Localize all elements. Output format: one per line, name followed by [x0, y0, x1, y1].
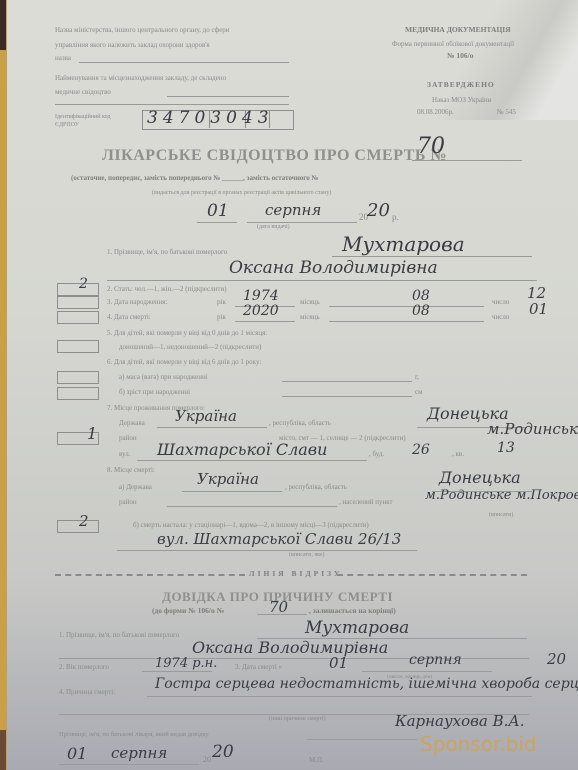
s3-day: 01 — [329, 654, 348, 672]
institution-line-2 — [55, 104, 289, 105]
f8b-place-line — [117, 550, 417, 551]
s3-label: 3. Дата смерті « — [235, 663, 282, 671]
doc-type-label: МЕДИЧНА ДОКУМЕНТАЦІЯ — [405, 25, 511, 34]
f6b-label: б) зріст при народженні — [119, 388, 190, 396]
issue-date-caption: (дата видачі) — [257, 224, 290, 230]
f6b-code-box — [57, 387, 99, 400]
f3-day-label: число — [492, 298, 509, 306]
f8b-place: вул. Шахтарської Слави 26/13 — [157, 530, 401, 548]
ministry-line — [79, 62, 289, 63]
f6-label: 6. Для дітей, які померли у віці від 6 д… — [107, 358, 261, 366]
edrpou-code: 34703043 — [147, 108, 274, 128]
s2-line — [142, 671, 212, 672]
edrpou-label: Ідентифікаційний код ЄДРПОУ — [55, 113, 127, 129]
s2-age: 1974 р.н. — [155, 656, 217, 671]
sign-date-line — [59, 764, 199, 765]
f7-apt: 13 — [497, 440, 515, 456]
f3-code-box — [57, 296, 99, 309]
cut-line-left — [55, 574, 245, 576]
issue-day: 01 — [207, 201, 229, 221]
stamp-label: М.П. — [309, 756, 324, 764]
f8-state: Україна — [197, 470, 259, 488]
f8-district-label: район — [119, 498, 137, 506]
desk-edge-brown — [0, 730, 6, 770]
death-day: 01 — [529, 300, 548, 318]
approved-label: ЗАТВЕРДЖЕНО — [427, 80, 495, 89]
order-label: Наказ МОЗ України — [432, 96, 491, 104]
certificate-number: 70 — [417, 134, 445, 159]
f4-month-label: місяць — [300, 313, 320, 321]
f2-code-box — [57, 283, 99, 296]
f7-street: Шахтарської Слави — [157, 440, 327, 459]
f2-label: 2. Стать: чол.—1, жін.—2 (підкреслити) — [107, 285, 227, 293]
f7-region-label: , республіка, область — [269, 419, 331, 427]
stub-ref-prefix: (до форми № 106/о № — [152, 606, 224, 615]
f6a-line — [282, 381, 412, 382]
f4-year-label: рік — [217, 313, 226, 321]
certificate-number-line — [412, 160, 522, 161]
f8b-code-box — [57, 520, 99, 533]
f7-city: м.Родинське — [487, 420, 578, 438]
f3-month-label: місяць — [300, 298, 320, 306]
institution-text-1: Найменування та місцезнаходження закладу… — [55, 74, 226, 82]
ministry-text-1: Назва міністерства, іншого центрального … — [55, 26, 230, 34]
doctor-line — [307, 739, 417, 740]
surname-line — [332, 256, 532, 257]
f6b-unit: см — [415, 388, 423, 396]
f7-state-line — [157, 427, 267, 428]
f7-state-label: Держава — [119, 419, 145, 427]
birth-month: 08 — [412, 288, 430, 304]
registration-note: (видається для реєстрації в органах реєс… — [152, 190, 331, 196]
f5-label: 5. Для дітей, які померли у віці від 0 д… — [107, 329, 267, 337]
f3-year-label: рік — [217, 298, 226, 306]
s4-cause: Гостра серцева недостатність, ішемічна х… — [155, 676, 578, 692]
issue-day-line — [197, 222, 237, 223]
s3-line — [362, 671, 492, 672]
stub-ref-line — [257, 614, 307, 615]
watermark: Sponsor.bid — [420, 732, 537, 756]
s1-label: 1. Прізвище, ім'я, по батькові померлого — [59, 631, 179, 639]
s1-surname: Мухтарова — [305, 618, 409, 638]
f7-building-label: , буд. — [369, 450, 384, 458]
issue-year: 20 — [367, 200, 390, 221]
name-line — [107, 280, 537, 281]
sign-day: 01 — [67, 744, 87, 763]
f8b-caption: (вписати, яке) — [289, 552, 325, 558]
order-date: 08.08.2006р. — [417, 108, 454, 116]
f7-district-label: район — [119, 434, 137, 442]
cut-line-right — [337, 574, 527, 576]
f8-label: 8. Місце смерті: — [107, 466, 155, 474]
f7-building: 26 — [412, 442, 430, 458]
f1-label: 1. Прізвище, ім'я, по батькові померлого — [107, 248, 227, 256]
f8-region: Донецька — [439, 468, 521, 487]
cut-line-label: ЛІНІЯ ВІДРІЗУ — [249, 569, 342, 578]
f8a-state-label: а) Держава — [119, 483, 152, 491]
f8b-label: б) смерть настала: у стаціонарі—1, вдома… — [133, 521, 369, 529]
death-year-line — [235, 321, 295, 322]
f5-code-box — [57, 340, 99, 353]
birth-month-line — [329, 306, 484, 307]
sign-year-prefix: 20 — [203, 755, 211, 764]
s4-label: 4. Причина смерті: — [59, 688, 115, 696]
birth-year: 1974 — [243, 288, 279, 304]
s4-caption: (інші причини смерті) — [269, 716, 326, 722]
f8-region-label: , республіка, область — [285, 483, 347, 491]
death-month-line — [329, 321, 484, 322]
death-certificate-paper: Назва міністерства, іншого центрального … — [7, 0, 578, 770]
sign-year: 20 — [212, 742, 234, 762]
deceased-surname: Мухтарова — [342, 232, 465, 256]
f2-code: 2 — [79, 276, 88, 292]
f5-options: доношений—1, недоношений—2 (підкреслити) — [119, 343, 261, 351]
f7-street-label: вул. — [119, 450, 131, 458]
institution-line — [167, 96, 289, 97]
issue-month-line — [247, 222, 357, 223]
ministry-text-3: назва — [55, 54, 71, 62]
f8-locality-caption: (вписати) — [489, 512, 513, 518]
f4-day-label: число — [492, 313, 509, 321]
death-year: 2020 — [243, 303, 279, 319]
f8-district-line — [167, 506, 337, 507]
doctor-label: Прізвище, ім'я, по батькові лікаря, який… — [59, 731, 209, 738]
certificate-title: ЛІКАРСЬКЕ СВІДОЦТВО ПРО СМЕРТЬ № — [102, 147, 447, 165]
s3-month: серпня — [409, 652, 462, 668]
certificate-kind: (остаточне, попереднє, замість попереднь… — [71, 174, 319, 182]
f6a-label: а) маса (вага) при народженні — [119, 373, 208, 381]
f4-code-box — [57, 311, 99, 324]
f8-state-line — [182, 491, 282, 492]
stub-ref-suffix: , залишається на корінці) — [309, 606, 396, 615]
death-month: 08 — [412, 303, 430, 319]
s2-label: 2. Вік померлого — [59, 663, 109, 671]
doctor-name: Карнаухова В.А. — [395, 712, 525, 730]
f7-state: Україна — [175, 407, 237, 425]
f8b-code: 2 — [79, 512, 89, 530]
institution-text-2: медичне свідоцтво — [55, 88, 111, 96]
f6b-line — [282, 396, 412, 397]
f7-street-line — [137, 460, 367, 461]
f8-locality-label: , населений пункт — [339, 498, 393, 506]
issue-month: серпня — [265, 201, 321, 219]
form-number: № 106/о — [447, 51, 474, 60]
ministry-text-2: управління якого належить заклад охорони… — [55, 41, 210, 49]
f7-code: 1 — [87, 424, 97, 443]
s3-year: 20 — [547, 650, 566, 668]
sign-month: серпня — [111, 744, 167, 762]
f6a-code-box — [57, 371, 99, 384]
form-line: Форма первинної облікової документації — [392, 40, 514, 48]
f7-apt-label: , кв. — [452, 450, 464, 458]
order-number: № 545 — [497, 108, 516, 116]
f4-label: 4. Дата смерті: — [107, 313, 151, 321]
f3-label: 3. Дата народження: — [107, 298, 167, 306]
f6a-unit: г, — [415, 373, 419, 381]
desk-edge-dark — [0, 0, 6, 50]
year-suffix: р. — [392, 212, 399, 222]
f8-locality: м.Родинське м.Покровськ — [425, 488, 578, 503]
s1-name: Оксана Володимирівна — [192, 638, 388, 657]
deceased-name: Оксана Володимирівна — [229, 258, 438, 278]
